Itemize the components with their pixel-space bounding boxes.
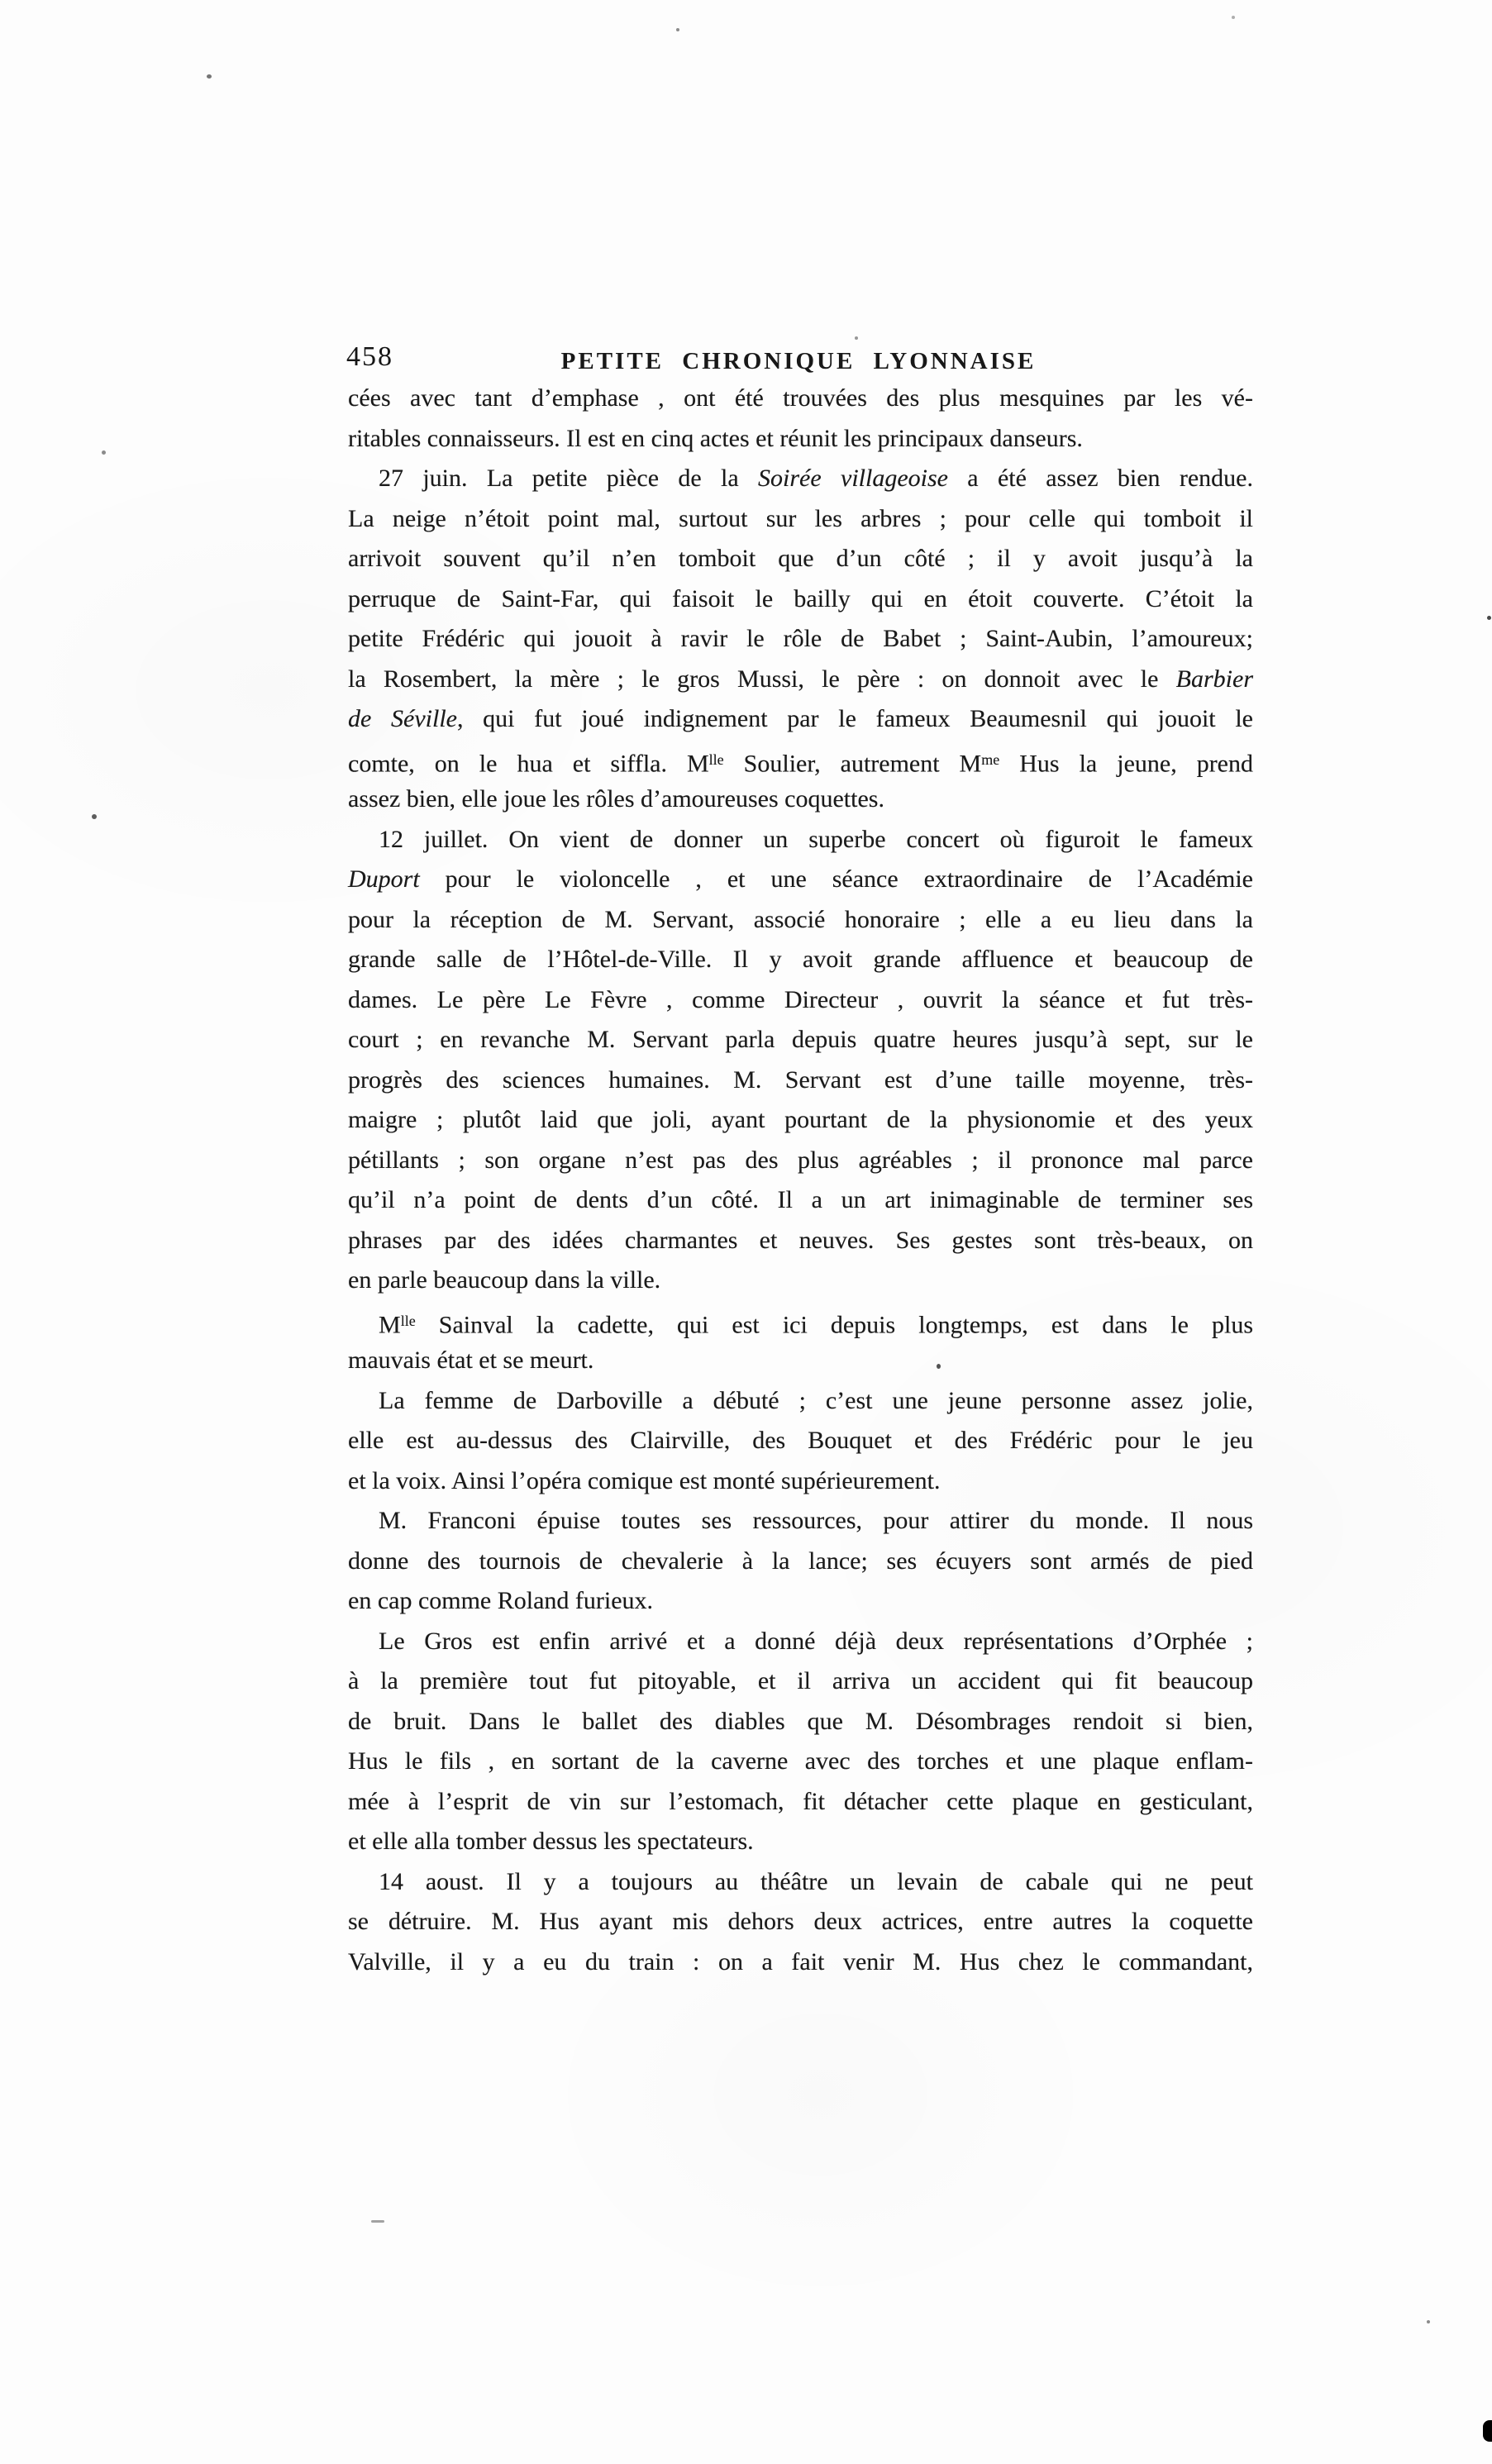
text-segment: à la première tout fut pitoyable, et il …: [348, 1667, 1253, 1694]
text-line: ritables connaisseurs. Il est en cinq ac…: [348, 419, 1253, 460]
text-line: M. Franconi épuise toutes ses ressources…: [348, 1501, 1253, 1542]
italic-text: Duport: [348, 865, 420, 893]
text-line: Valville, il y a eu du train : on a fait…: [348, 1942, 1253, 1983]
text-line: dames. Le père Le Fèvre , comme Directeu…: [348, 980, 1253, 1021]
text-line: donne des tournois de chevalerie à la la…: [348, 1542, 1253, 1582]
text-line: arrivoit souvent qu’il n’en tomboit que …: [348, 539, 1253, 579]
text-line: mée à l’esprit de vin sur l’estomach, fi…: [348, 1782, 1253, 1823]
text-line: court ; en revanche M. Servant parla dep…: [348, 1020, 1253, 1060]
text-segment: en parle beaucoup dans la ville.: [348, 1266, 660, 1294]
italic-text: de Séville: [348, 705, 457, 732]
text-line: pour la réception de M. Servant, associé…: [348, 900, 1253, 941]
ink-speck: [855, 336, 858, 340]
text-line: pétillants ; son organe n’est pas des pl…: [348, 1141, 1253, 1181]
text-line: maigre ; plutôt laid que joli, ayant pou…: [348, 1100, 1253, 1141]
ink-dash: [371, 2220, 384, 2223]
italic-text: Soirée villageoise: [758, 465, 948, 492]
text-line: La neige n’étoit point mal, surtout sur …: [348, 499, 1253, 540]
text-segment: Hus le fils , en sortant de la caverne a…: [348, 1747, 1253, 1775]
text-segment: 14 aoust. Il y a toujours au théâtre un …: [379, 1868, 1253, 1895]
text-segment: Sainval la cadette, qui est ici depuis l…: [416, 1311, 1253, 1338]
ink-speck: [92, 814, 97, 819]
text-segment: Valville, il y a eu du train : on a fait…: [348, 1948, 1253, 1975]
text-segment: petite Frédéric qui jouoit à ravir le rô…: [348, 625, 1253, 652]
text-line: perruque de Saint-Far, qui faisoit le ba…: [348, 579, 1253, 620]
text-line: à la première tout fut pitoyable, et il …: [348, 1661, 1253, 1702]
text-segment: progrès des sciences humaines. M. Servan…: [348, 1066, 1253, 1094]
text-segment: qu’il n’a point de dents d’un côté. Il a…: [348, 1186, 1253, 1213]
text-segment: assez bien, elle joue les rôles d’amoure…: [348, 785, 884, 813]
text-line: 12 juillet. On vient de donner un superb…: [348, 820, 1253, 860]
text-line: Hus le fils , en sortant de la caverne a…: [348, 1742, 1253, 1782]
text-segment: pour le violoncelle , et une séance extr…: [420, 865, 1253, 893]
text-segment: perruque de Saint-Far, qui faisoit le ba…: [348, 585, 1253, 612]
text-segment: , qui fut joué indignement par le fameux…: [457, 705, 1253, 732]
text-line: se détruire. M. Hus ayant mis dehors deu…: [348, 1902, 1253, 1942]
text-line: elle est au-dessus des Clairville, des B…: [348, 1421, 1253, 1461]
text-line: de bruit. Dans le ballet des diables que…: [348, 1702, 1253, 1742]
text-line: phrases par des idées charmantes et neuv…: [348, 1221, 1253, 1261]
text-segment: la Rosembert, la mère ; le gros Mussi, l…: [348, 665, 1176, 693]
text-segment: en cap comme Roland furieux.: [348, 1587, 653, 1614]
text-line: mauvais état et se meurt.: [348, 1341, 1253, 1381]
text-segment: phrases par des idées charmantes et neuv…: [348, 1227, 1253, 1254]
superscript-text: lle: [709, 751, 724, 768]
superscript-text: lle: [401, 1313, 416, 1329]
text-line: La femme de Darboville a débuté ; c’est …: [348, 1381, 1253, 1422]
text-segment: 12 juillet. On vient de donner un superb…: [379, 826, 1253, 853]
text-segment: dames. Le père Le Fèvre , comme Directeu…: [348, 986, 1253, 1013]
book-page: 458 PETITE CHRONIQUE LYONNAISE cées avec…: [0, 0, 1492, 2464]
text-line: et la voix. Ainsi l’opéra comique est mo…: [348, 1461, 1253, 1502]
text-line: grande salle de l’Hôtel-de-Ville. Il y a…: [348, 940, 1253, 980]
text-line: et elle alla tomber dessus les spectateu…: [348, 1822, 1253, 1862]
text-segment: et la voix. Ainsi l’opéra comique est mo…: [348, 1467, 940, 1494]
text-segment: Le Gros est enfin arrivé et a donné déjà…: [379, 1628, 1253, 1655]
text-segment: 27 juin. La petite pièce de la: [379, 465, 758, 492]
text-segment: mauvais état et se meurt.: [348, 1346, 593, 1374]
text-segment: arrivoit souvent qu’il n’en tomboit que …: [348, 545, 1253, 572]
text-segment: grande salle de l’Hôtel-de-Ville. Il y a…: [348, 946, 1253, 973]
text-line: Le Gros est enfin arrivé et a donné déjà…: [348, 1622, 1253, 1662]
text-segment: M. Franconi épuise toutes ses ressources…: [379, 1507, 1253, 1534]
text-line: 27 juin. La petite pièce de la Soirée vi…: [348, 459, 1253, 499]
ink-speck: [1232, 16, 1235, 19]
text-segment: mée à l’esprit de vin sur l’estomach, fi…: [348, 1788, 1253, 1815]
ink-speck: [937, 1364, 941, 1369]
text-line: 14 aoust. Il y a toujours au théâtre un …: [348, 1862, 1253, 1903]
text-line: la Rosembert, la mère ; le gros Mussi, l…: [348, 660, 1253, 700]
text-line: petite Frédéric qui jouoit à ravir le rô…: [348, 619, 1253, 660]
text-line: cées avec tant d’emphase , ont été trouv…: [348, 379, 1253, 419]
text-line: progrès des sciences humaines. M. Servan…: [348, 1060, 1253, 1101]
text-block: cées avec tant d’emphase , ont été trouv…: [348, 379, 1253, 1982]
ink-blob: [1483, 2420, 1492, 2442]
text-line: en parle beaucoup dans la ville.: [348, 1261, 1253, 1301]
ink-speck: [1427, 2320, 1430, 2323]
text-segment: pour la réception de M. Servant, associé…: [348, 906, 1253, 933]
ink-speck: [1487, 616, 1491, 620]
text-segment: se détruire. M. Hus ayant mis dehors deu…: [348, 1908, 1253, 1935]
text-line: Mlle Sainval la cadette, qui est ici dep…: [348, 1301, 1253, 1342]
text-segment: elle est au-dessus des Clairville, des B…: [348, 1427, 1253, 1454]
ink-speck: [676, 28, 679, 31]
ink-speck: [102, 450, 106, 455]
text-segment: et elle alla tomber dessus les spectateu…: [348, 1828, 754, 1855]
running-title: PETITE CHRONIQUE LYONNAISE: [561, 348, 1037, 375]
text-segment: M: [379, 1311, 401, 1338]
italic-text: Barbier: [1176, 665, 1253, 693]
superscript-text: me: [981, 751, 999, 768]
text-segment: ritables connaisseurs. Il est en cinq ac…: [348, 425, 1083, 452]
text-line: de Séville, qui fut joué indignement par…: [348, 699, 1253, 740]
page-number: 458: [346, 341, 393, 373]
text-line: assez bien, elle joue les rôles d’amoure…: [348, 779, 1253, 820]
text-segment: a été assez bien rendue.: [948, 465, 1253, 492]
text-line: comte, on le hua et siffla. Mlle Soulier…: [348, 740, 1253, 780]
text-segment: La femme de Darboville a débuté ; c’est …: [379, 1387, 1253, 1414]
text-line: Duport pour le violoncelle , et une séan…: [348, 860, 1253, 900]
text-segment: court ; en revanche M. Servant parla dep…: [348, 1026, 1253, 1053]
text-segment: de bruit. Dans le ballet des diables que…: [348, 1708, 1253, 1735]
text-segment: Soulier, autrement M: [724, 750, 982, 777]
text-line: qu’il n’a point de dents d’un côté. Il a…: [348, 1180, 1253, 1221]
text-segment: comte, on le hua et siffla. M: [348, 750, 709, 777]
ink-speck: [207, 74, 212, 79]
text-segment: pétillants ; son organe n’est pas des pl…: [348, 1146, 1253, 1174]
text-line: en cap comme Roland furieux.: [348, 1581, 1253, 1622]
text-segment: maigre ; plutôt laid que joli, ayant pou…: [348, 1106, 1253, 1133]
text-segment: donne des tournois de chevalerie à la la…: [348, 1547, 1253, 1575]
text-segment: Hus la jeune, prend: [999, 750, 1253, 777]
text-segment: cées avec tant d’emphase , ont été trouv…: [348, 384, 1253, 412]
text-segment: La neige n’étoit point mal, surtout sur …: [348, 505, 1253, 532]
